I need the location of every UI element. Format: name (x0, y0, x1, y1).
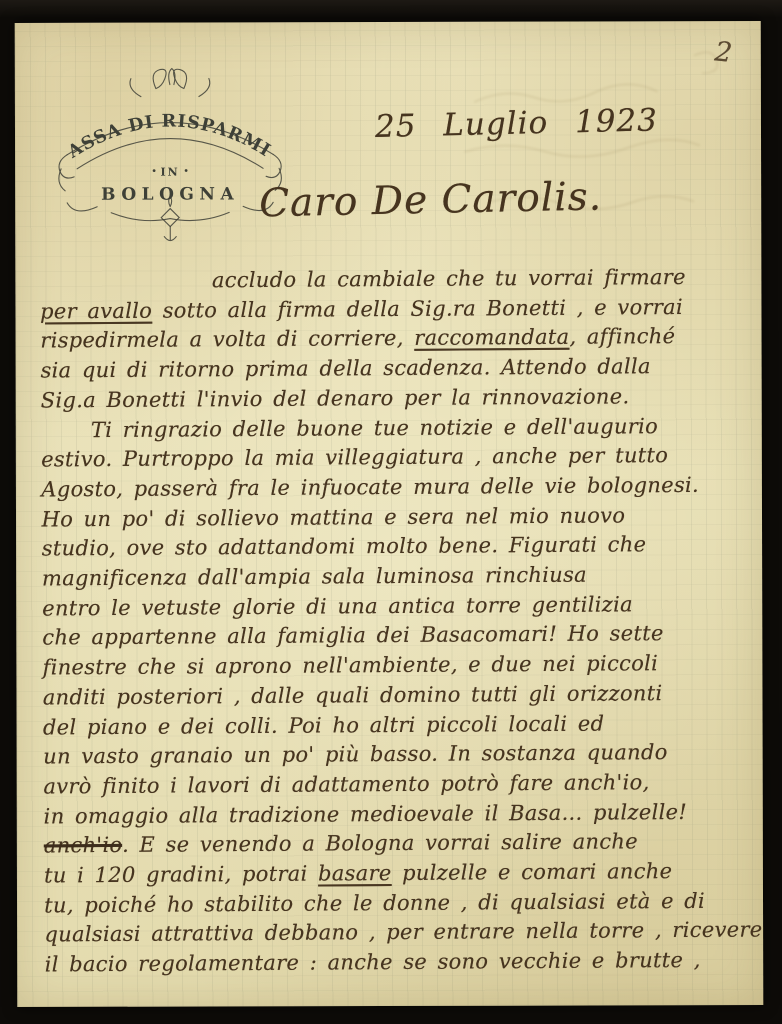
letter-line: anch'io. E se venendo a Bologna vorrai s… (44, 827, 750, 862)
letter-line: tu i 120 gradini, potrai basare pulzelle… (44, 857, 750, 892)
letterhead-city: BOLOGNA (101, 184, 239, 204)
letter-text-segment: . E se venendo a Bologna vorrai salire a… (122, 830, 638, 858)
letter-line: Agosto, passerà fra le infuocate mura de… (41, 470, 747, 505)
letter-text-segment: anditi posteriori , dalle quali domino t… (43, 681, 663, 709)
letterhead-preposition: IN (160, 166, 179, 179)
letter-line: entro le vetuste glorie di una antica to… (42, 589, 748, 624)
letter-text-segment: magnificenza dall'ampia sala luminosa ri… (42, 563, 587, 591)
letter-text-segment: estivo. Purtroppo la mia villeggiatura ,… (41, 443, 668, 471)
letter-text-segment: anch'io (44, 833, 122, 858)
letterhead-emblem: CASSA DI RISPARMIO IN BOLOGNA (51, 56, 289, 247)
letterhead-side-flourish (67, 202, 273, 221)
letter-text-segment: accludo la cambiale che tu vorrai firmar… (212, 265, 686, 292)
letter-text-segment: Ho un po' di sollievo mattina e sera nel… (41, 503, 625, 531)
letter-text-segment: finestre che si aprono nell'ambiente, e … (43, 651, 659, 679)
letter-text-segment: pulzelle e comari anche (392, 859, 673, 885)
letter-line: un vasto granaio un po' più basso. In so… (43, 738, 749, 773)
letter-line: Ti ringrazio delle buone tue notizie e d… (41, 411, 747, 446)
letter-text-segment: rispedirmela a volta di corriere, (40, 326, 414, 353)
letter-text-segment: qualsiasi attrattiva debbano , per entra… (44, 918, 762, 947)
letter-text-segment: Ti ringrazio delle buone tue notizie e d… (91, 414, 658, 442)
letter-text-segment: , affinché (569, 324, 675, 349)
letter-text-segment: in omaggio alla tradizione medioevale il… (44, 800, 688, 828)
letter-line: Ho un po' di sollievo mattina e sera nel… (41, 500, 747, 535)
date-line: 25 Luglio 1923 (375, 102, 659, 145)
letter-line: studio, ove sto adattandomi molto bene. … (42, 530, 748, 565)
letter-text-segment: che appartenne alla famiglia dei Basacom… (42, 622, 663, 650)
bleed-through-marks (445, 41, 766, 282)
scanned-letter: CASSA DI RISPARMIO IN BOLOGNA (0, 0, 782, 1024)
letter-text-segment: per avallo (40, 298, 152, 323)
letterhead-crown-flourish (130, 68, 210, 96)
letter-line: estivo. Purtroppo la mia villeggiatura ,… (41, 441, 747, 476)
svg-text:CASSA DI RISPARMIO: CASSA DI RISPARMIO (51, 56, 275, 163)
letter-line: avrò finito i lavori di adattamento potr… (43, 767, 749, 802)
letter-line: Sig.a Bonetti l'invio del denaro per la … (41, 381, 747, 416)
letter-paper: CASSA DI RISPARMIO IN BOLOGNA (15, 21, 764, 1007)
letter-text-segment: avrò finito i lavori di adattamento potr… (43, 770, 649, 798)
letter-line: per avallo sotto alla firma della Sig.ra… (40, 292, 746, 327)
letter-text-segment: raccomandata (414, 325, 569, 350)
letter-text-segment: sotto alla firma della Sig.ra Bonetti , … (152, 295, 683, 323)
letter-text-segment: Agosto, passerà fra le infuocate mura de… (41, 473, 699, 502)
letter-line: finestre che si aprono nell'ambiente, e … (42, 649, 748, 684)
letter-text-segment: entro le vetuste glorie di una antica to… (42, 592, 633, 620)
letter-line: magnificenza dall'ampia sala luminosa ri… (42, 560, 748, 595)
salutation: Caro De Carolis. (259, 174, 603, 226)
letter-line: anditi posteriori , dalle quali domino t… (43, 678, 749, 713)
letter-text-segment: un vasto granaio un po' più basso. In so… (43, 740, 668, 768)
letter-line: accludo la cambiale che tu vorrai firmar… (40, 263, 746, 298)
letterhead-bank-name: CASSA DI RISPARMIO (51, 56, 275, 163)
letter-body: accludo la cambiale che tu vorrai firmar… (40, 263, 751, 981)
letter-line: tu, poiché ho stabilito che le donne , d… (44, 886, 750, 921)
page-number: 2 (713, 36, 733, 69)
letterhead-dot-left (153, 169, 156, 172)
letter-text-segment: tu, poiché ho stabilito che le donne , d… (44, 889, 705, 918)
letter-line: sia qui di ritorno prima della scadenza.… (40, 352, 746, 387)
letter-text-segment: tu i 120 gradini, potrai (44, 862, 318, 888)
letter-text-segment: il bacio regolamentare : anche se sono v… (45, 948, 701, 977)
letter-line: rispedirmela a volta di corriere, raccom… (40, 322, 746, 357)
letter-line: in omaggio alla tradizione medioevale il… (44, 797, 750, 832)
letter-line: che appartenne alla famiglia dei Basacom… (42, 619, 748, 654)
letter-text-segment: sia qui di ritorno prima della scadenza.… (40, 354, 650, 382)
letter-text-segment: studio, ove sto adattandomi molto bene. … (42, 533, 647, 561)
letter-line: qualsiasi attrattiva debbano , per entra… (44, 916, 750, 951)
letter-text-segment: basare (318, 861, 392, 886)
letter-text-segment: Sig.a Bonetti l'invio del denaro per la … (41, 384, 630, 412)
letterhead-dot-right (185, 169, 188, 172)
letter-line: il bacio regolamentare : anche se sono v… (45, 946, 751, 981)
letter-text-segment: del piano e dei colli. Poi ho altri picc… (43, 711, 604, 739)
